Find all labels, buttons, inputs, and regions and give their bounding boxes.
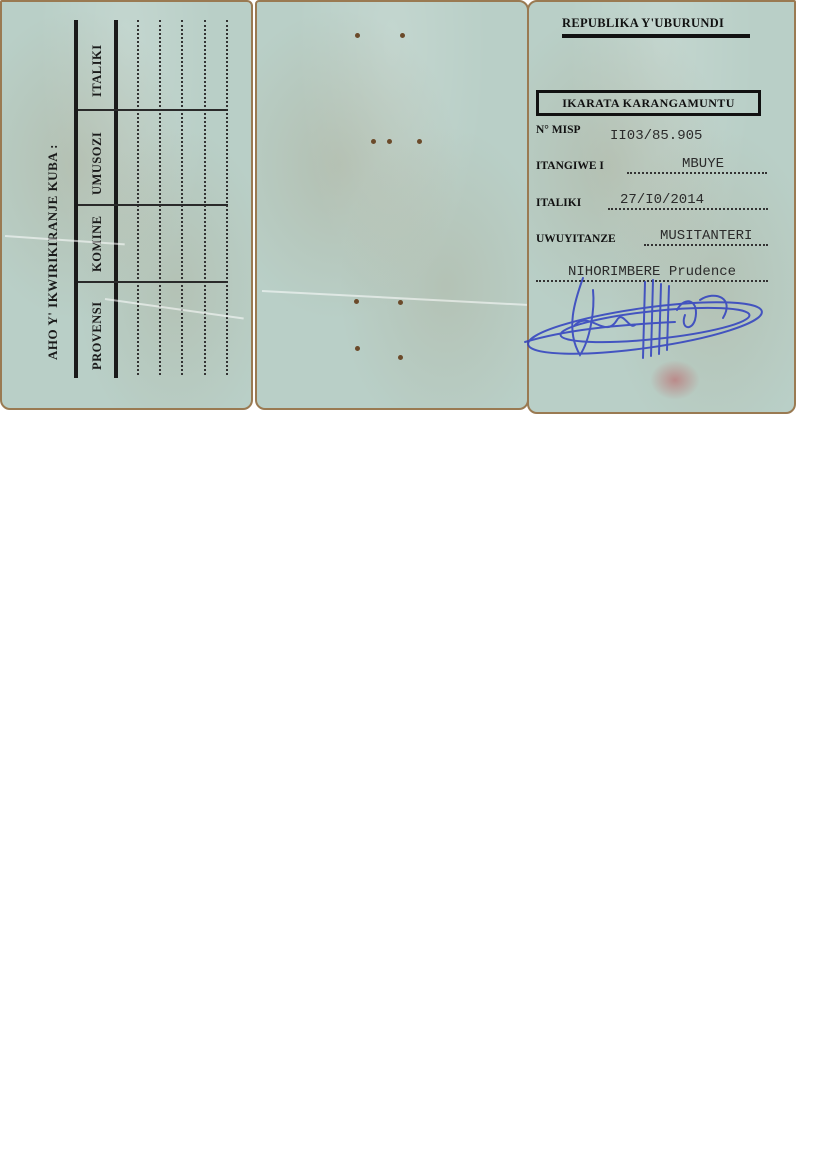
issuer-title-value: MUSITANTERI bbox=[660, 228, 752, 244]
issued-at-dotted-line bbox=[627, 172, 767, 174]
table-row-line bbox=[159, 20, 161, 375]
card-title: IKARATA KARANGAMUNTU bbox=[536, 90, 761, 116]
table-column-separator bbox=[78, 204, 228, 206]
staple-hole bbox=[398, 300, 403, 305]
column-header-provensi: PROVENSI bbox=[90, 301, 105, 370]
staple-hole bbox=[354, 299, 359, 304]
table-border-left bbox=[74, 20, 78, 378]
staple-hole bbox=[400, 33, 405, 38]
table-row-line bbox=[137, 20, 139, 375]
staple-hole bbox=[371, 139, 376, 144]
misp-number-label: N° MISP bbox=[536, 124, 581, 136]
table-row-line bbox=[204, 20, 206, 375]
residence-history-title: AHO Y' IKWIRIKIRANJE KUBA : bbox=[45, 144, 61, 360]
issuer-dotted-line bbox=[644, 244, 768, 246]
country-heading: REPUBLIKA Y'UBURUNDI bbox=[562, 16, 724, 31]
misp-number-value: II03/85.905 bbox=[610, 128, 702, 144]
issue-date-dotted-line bbox=[608, 208, 768, 210]
column-header-umusozi: UMUSOZI bbox=[90, 132, 105, 195]
table-row-line bbox=[226, 20, 228, 375]
table-column-separator bbox=[78, 281, 228, 283]
table-header-divider bbox=[114, 20, 118, 378]
red-stamp-mark bbox=[650, 360, 700, 400]
staple-hole bbox=[398, 355, 403, 360]
blank-middle-panel bbox=[255, 0, 529, 410]
issued-at-label: ITANGIWE I bbox=[536, 160, 604, 172]
staple-hole bbox=[355, 33, 360, 38]
id-card-unfolded: AHO Y' IKWIRIKIRANJE KUBA : PROVENSI KOM… bbox=[0, 0, 797, 416]
staple-hole bbox=[387, 139, 392, 144]
issue-date-value: 27/I0/2014 bbox=[620, 192, 704, 208]
heading-underline bbox=[562, 34, 750, 38]
staple-hole bbox=[417, 139, 422, 144]
issue-date-label: ITALIKI bbox=[536, 197, 581, 209]
table-row-line bbox=[181, 20, 183, 375]
issuer-label: UWUYITANZE bbox=[536, 233, 616, 245]
card-title-text: IKARATA KARANGAMUNTU bbox=[562, 96, 735, 111]
table-column-separator bbox=[78, 109, 228, 111]
signature-icon bbox=[505, 270, 775, 380]
issued-at-value: MBUYE bbox=[682, 156, 724, 172]
column-header-italiki: ITALIKI bbox=[90, 44, 105, 97]
staple-hole bbox=[355, 346, 360, 351]
